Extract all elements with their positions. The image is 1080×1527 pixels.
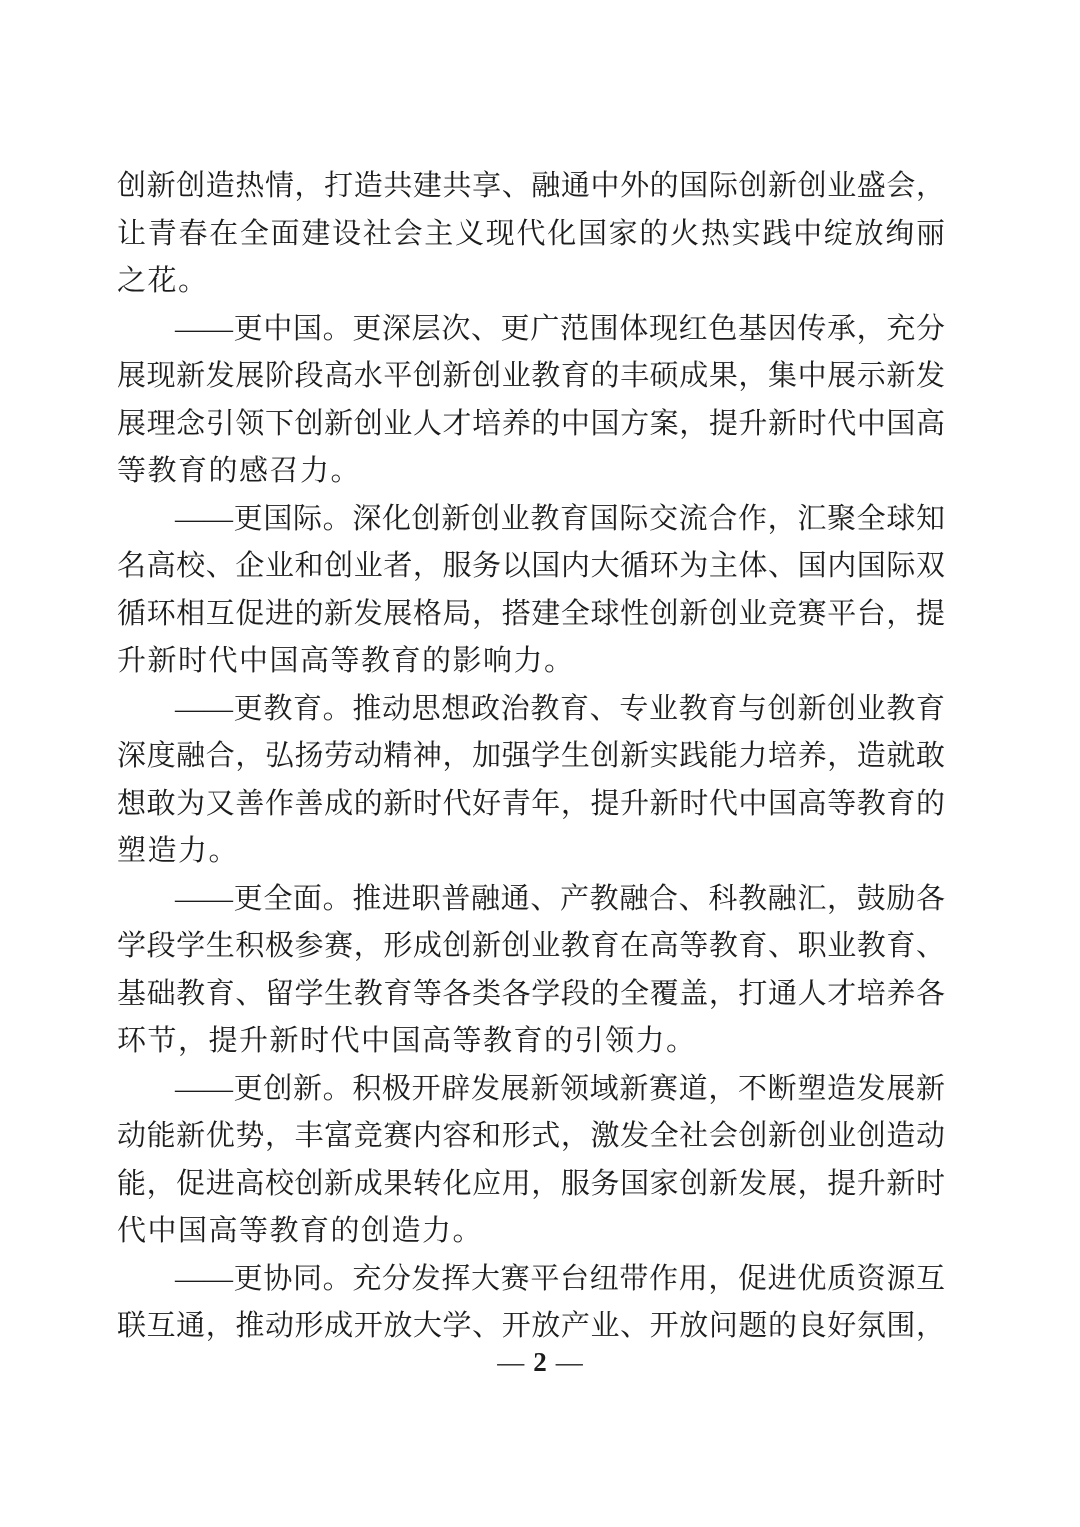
document-line: 联互通，推动形成开放大学、开放产业、开放问题的良好氛围， — [117, 1303, 945, 1351]
document-line: ——更全面。推进职普融通、产教融合、科教融汇，鼓励各 — [117, 876, 945, 924]
document-line: ——更中国。更深层次、更广范围体现红色基因传承，充分 — [117, 306, 945, 354]
document-page: 创新创造热情，打造共建共享、融通中外的国际创新创业盛会，让青春在全面建设社会主义… — [0, 0, 1080, 1527]
paragraph: 创新创造热情，打造共建共享、融通中外的国际创新创业盛会，让青春在全面建设社会主义… — [117, 163, 945, 306]
paragraph: ——更全面。推进职普融通、产教融合、科教融汇，鼓励各学段学生积极参赛，形成创新创… — [117, 876, 945, 1066]
document-line: 升新时代中国高等教育的影响力。 — [117, 638, 945, 686]
document-line: 塑造力。 — [117, 828, 945, 876]
paragraph: ——更协同。充分发挥大赛平台纽带作用，促进优质资源互联互通，推动形成开放大学、开… — [117, 1256, 945, 1351]
document-line: 想敢为又善作善成的新时代好青年，提升新时代中国高等教育的 — [117, 781, 945, 829]
footer-left-dash: — — [497, 1347, 524, 1377]
page-footer: —2— — [0, 1345, 1080, 1379]
document-line: 名高校、企业和创业者，服务以国内大循环为主体、国内国际双 — [117, 543, 945, 591]
paragraph: ——更教育。推动思想政治教育、专业教育与创新创业教育深度融合，弘扬劳动精神，加强… — [117, 686, 945, 876]
paragraph: ——更国际。深化创新创业教育国际交流合作，汇聚全球知名高校、企业和创业者，服务以… — [117, 496, 945, 686]
document-line: 展理念引领下创新创业人才培养的中国方案，提升新时代中国高 — [117, 401, 945, 449]
document-line: 创新创造热情，打造共建共享、融通中外的国际创新创业盛会， — [117, 163, 945, 211]
page-number: 2 — [533, 1347, 547, 1377]
document-line: ——更创新。积极开辟发展新领域新赛道，不断塑造发展新 — [117, 1066, 945, 1114]
document-line: ——更协同。充分发挥大赛平台纽带作用，促进优质资源互 — [117, 1256, 945, 1304]
document-line: 能，促进高校创新成果转化应用，服务国家创新发展，提升新时 — [117, 1161, 945, 1209]
document-line: 学段学生积极参赛，形成创新创业教育在高等教育、职业教育、 — [117, 923, 945, 971]
document-line: 之花。 — [117, 258, 945, 306]
document-line: 代中国高等教育的创造力。 — [117, 1208, 945, 1256]
document-line: 深度融合，弘扬劳动精神，加强学生创新实践能力培养，造就敢 — [117, 733, 945, 781]
document-body: 创新创造热情，打造共建共享、融通中外的国际创新创业盛会，让青春在全面建设社会主义… — [117, 163, 945, 1351]
paragraph: ——更中国。更深层次、更广范围体现红色基因传承，充分展现新发展阶段高水平创新创业… — [117, 306, 945, 496]
document-line: 动能新优势，丰富竞赛内容和形式，激发全社会创新创业创造动 — [117, 1113, 945, 1161]
document-line: 循环相互促进的新发展格局，搭建全球性创新创业竞赛平台，提 — [117, 591, 945, 639]
footer-right-dash: — — [556, 1347, 583, 1377]
document-line: ——更国际。深化创新创业教育国际交流合作，汇聚全球知 — [117, 496, 945, 544]
document-line: 基础教育、留学生教育等各类各学段的全覆盖，打通人才培养各 — [117, 971, 945, 1019]
document-line: 展现新发展阶段高水平创新创业教育的丰硕成果，集中展示新发 — [117, 353, 945, 401]
document-line: 等教育的感召力。 — [117, 448, 945, 496]
paragraph: ——更创新。积极开辟发展新领域新赛道，不断塑造发展新动能新优势，丰富竞赛内容和形… — [117, 1066, 945, 1256]
document-line: 环节，提升新时代中国高等教育的引领力。 — [117, 1018, 945, 1066]
document-line: 让青春在全面建设社会主义现代化国家的火热实践中绽放绚丽 — [117, 211, 945, 259]
document-line: ——更教育。推动思想政治教育、专业教育与创新创业教育 — [117, 686, 945, 734]
